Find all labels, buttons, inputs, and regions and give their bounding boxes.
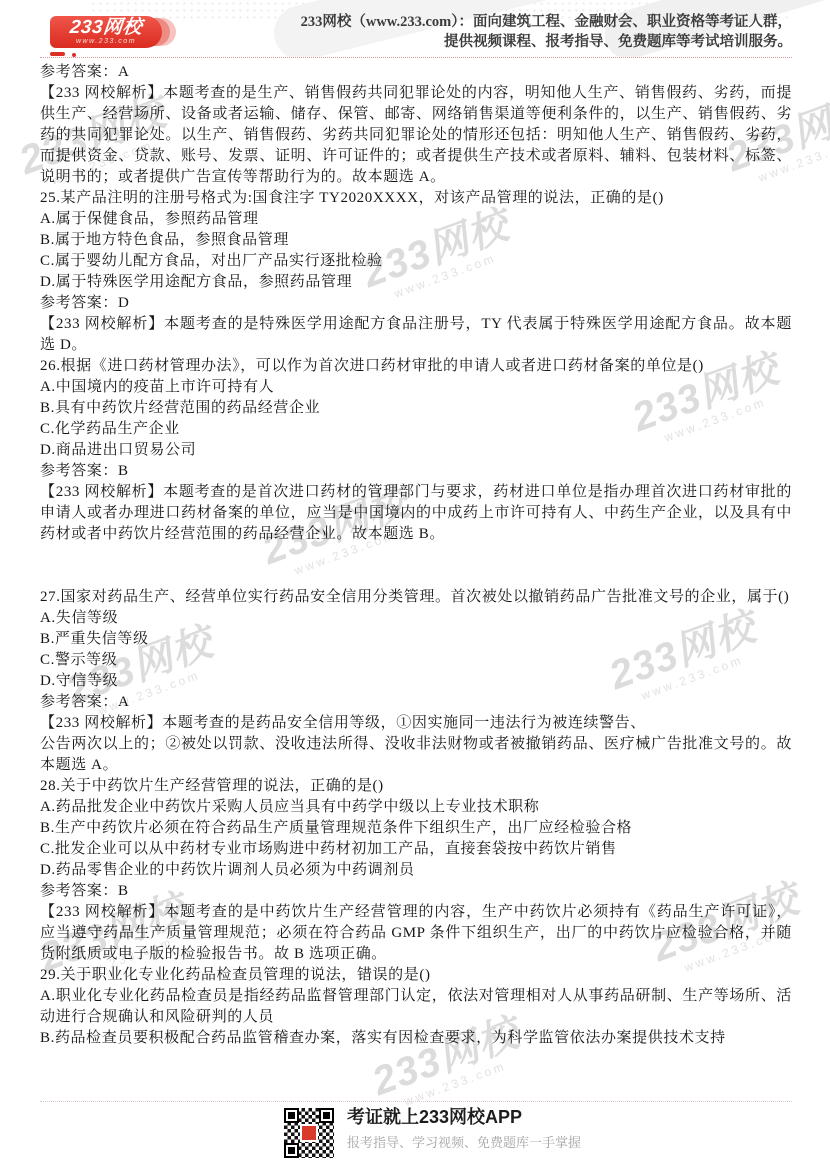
- qr-center-logo: [300, 1124, 318, 1142]
- question-27-option-b: B.严重失信等级: [40, 629, 792, 650]
- question-29-option-b: B.药品检查员要积极配合药品监管稽查办案，落实有因检查要求，为科学监管依法办案提…: [40, 1028, 792, 1049]
- question-28-option-c: C.批发企业可以从中药材专业市场购进中药材初加工产品，直接套袋按中药饮片销售: [40, 839, 792, 860]
- question-25-option-c: C.属于婴幼儿配方食品，对出厂产品实行逐批检验: [40, 251, 792, 272]
- question-26-option-c: C.化学药品生产企业: [40, 419, 792, 440]
- logo-url: www.233.com: [50, 38, 162, 46]
- answer-line: 参考答案：A: [40, 62, 792, 83]
- explanation-paragraph: 【233 网校解析】本题考查的是首次进口药材的管理部门与要求，药材进口单位是指办…: [40, 482, 792, 545]
- tagline-line-2: 提供视频课程、报考指导、免费题库等考试培训服务。: [301, 32, 792, 52]
- question-28-stem: 28.关于中药饮片生产经营管理的说法，正确的是(): [40, 776, 792, 797]
- question-26-option-a: A.中国境内的疫苗上市许可持有人: [40, 377, 792, 398]
- logo-badge: 233网校 www.233.com: [50, 16, 162, 48]
- question-28-option-a: A.药品批发企业中药饮片采购人员应当具有中药学中级以上专业技术职称: [40, 797, 792, 818]
- explanation-paragraph: 【233 网校解析】本题考查的是生产、销售假药共同犯罪论处的内容，明知他人生产、…: [40, 83, 792, 188]
- logo-dash-accent: [50, 52, 65, 56]
- question-26-option-b: B.具有中药饮片经营范围的药品经营企业: [40, 398, 792, 419]
- question-27-stem: 27.国家对药品生产、经营单位实行药品安全信用分类管理。首次被处以撤销药品广告批…: [40, 587, 792, 608]
- exam-document-page: 233网校 www.233.com 233网校（www.233.com）：面向建…: [0, 0, 830, 1175]
- question-27-option-a: A.失信等级: [40, 608, 792, 629]
- question-27-option-d: D.守信等级: [40, 671, 792, 692]
- footer-app-promo: 考证就上233网校APP 报考指导、学习视频、免费题库一手掌握: [347, 1104, 581, 1153]
- question-27-option-c: C.警示等级: [40, 650, 792, 671]
- qr-code: [283, 1107, 335, 1159]
- explanation-paragraph: 【233 网校解析】本题考查的是中药饮片生产经营管理的内容，生产中药饮片必须持有…: [40, 902, 792, 965]
- spacer: [40, 545, 792, 587]
- header: 233网校 www.233.com 233网校（www.233.com）：面向建…: [0, 0, 830, 57]
- header-divider: [40, 57, 792, 58]
- question-28-option-d: D.药品零售企业的中药饮片调剂人员必须为中药调剂员: [40, 860, 792, 881]
- tagline-line-1: 233网校（www.233.com）：面向建筑工程、金融财会、职业资格等考证人群…: [301, 12, 792, 32]
- question-29-stem: 29.关于职业化专业化药品检查员管理的说法，错误的是(): [40, 965, 792, 986]
- qr-finder-top-left: [284, 1108, 299, 1123]
- question-29-option-a: A.职业化专业化药品检查员是指经药品监督管理部门认定，依法对管理相对人从事药品研…: [40, 986, 792, 1028]
- question-26-option-d: D.商品进出口贸易公司: [40, 440, 792, 461]
- question-25-option-d: D.属于特殊医学用途配方食品，参照药品管理: [40, 272, 792, 293]
- answer-line: 参考答案：D: [40, 293, 792, 314]
- explanation-paragraph: 【233 网校解析】本题考查的是特殊医学用途配方食品注册号，TY 代表属于特殊医…: [40, 314, 792, 356]
- header-tagline: 233网校（www.233.com）：面向建筑工程、金融财会、职业资格等考证人群…: [301, 12, 792, 52]
- logo-233wangxiao: 233网校 www.233.com: [50, 16, 190, 56]
- logo-text: 233网校: [49, 18, 163, 38]
- footer-app-title: 考证就上233网校APP: [347, 1104, 581, 1130]
- answer-line: 参考答案：A: [40, 692, 792, 713]
- footer-app-subtitle: 报考指导、学习视频、免费题库一手掌握: [347, 1133, 581, 1153]
- question-25-option-a: A.属于保健食品，参照药品管理: [40, 209, 792, 230]
- qr-finder-bottom-left: [284, 1143, 299, 1158]
- question-26-stem: 26.根据《进口药材管理办法》，可以作为首次进口药材审批的申请人或者进口药材备案…: [40, 356, 792, 377]
- answer-line: 参考答案：B: [40, 461, 792, 482]
- question-25-option-b: B.属于地方特色食品，参照食品管理: [40, 230, 792, 251]
- question-28-option-b: B.生产中药饮片必须在符合药品生产质量管理规范条件下组织生产，出厂应经检验合格: [40, 818, 792, 839]
- explanation-paragraph: 【233 网校解析】本题考查的是药品安全信用等级，①因实施同一违法行为被连续警告…: [40, 713, 792, 776]
- qr-finder-top-right: [319, 1108, 334, 1123]
- footer-divider: [40, 1101, 792, 1102]
- answer-line: 参考答案：B: [40, 881, 792, 902]
- document-body: 参考答案：A 【233 网校解析】本题考查的是生产、销售假药共同犯罪论处的内容，…: [40, 62, 792, 1049]
- question-25-stem: 25.某产品注明的注册号格式为:国食注字 TY2020XXXX，对该产品管理的说…: [40, 188, 792, 209]
